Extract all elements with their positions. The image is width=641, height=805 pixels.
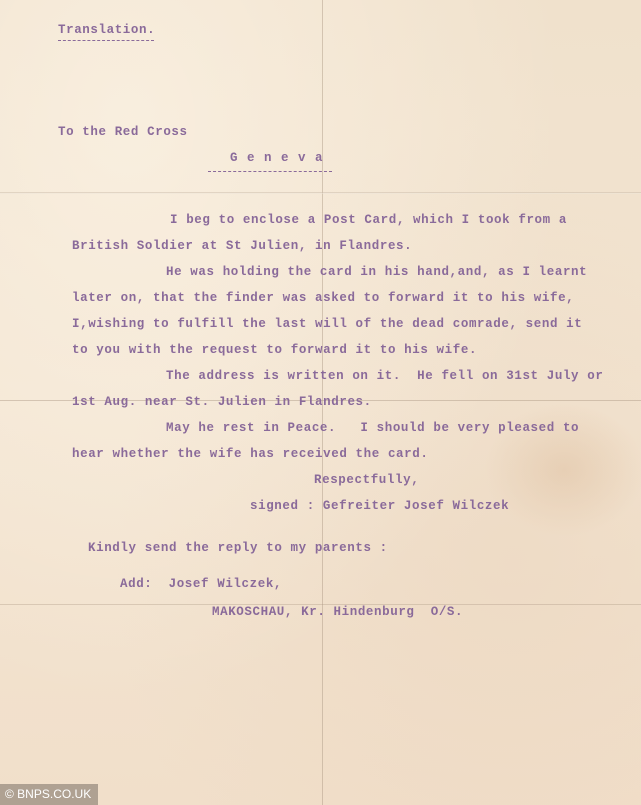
document-heading: Translation. — [58, 22, 155, 38]
address-line-1: Add: Josef Wilczek, — [120, 576, 282, 592]
body-line: The address is written on it. He fell on… — [166, 368, 603, 384]
body-line: hear whether the wife has received the c… — [72, 446, 428, 462]
copyright-watermark: © BNPS.CO.UK — [0, 784, 98, 805]
addressee: To the Red Cross — [58, 124, 188, 140]
body-line: He was holding the card in his hand,and,… — [166, 264, 587, 280]
reply-request: Kindly send the reply to my parents : — [88, 540, 388, 556]
signature: signed : Gefreiter Josef Wilczek — [250, 498, 509, 514]
city-underline — [208, 171, 332, 172]
body-line: I beg to enclose a Post Card, which I to… — [170, 212, 567, 228]
body-line: to you with the request to forward it to… — [72, 342, 477, 358]
city-name: G e n e v a — [230, 150, 324, 166]
heading-underline — [58, 40, 154, 41]
closing: Respectfully, — [314, 472, 419, 488]
body-line: I,wishing to fulfill the last will of th… — [72, 316, 582, 332]
body-line: 1st Aug. near St. Julien in Flandres. — [72, 394, 372, 410]
body-line: British Soldier at St Julien, in Flandre… — [72, 238, 412, 254]
body-line: later on, that the finder was asked to f… — [72, 290, 574, 306]
horizontal-fold-crease — [0, 192, 641, 194]
address-line-2: MAKOSCHAU, Kr. Hindenburg O/S. — [212, 604, 463, 620]
body-line: May he rest in Peace. I should be very p… — [166, 420, 579, 436]
